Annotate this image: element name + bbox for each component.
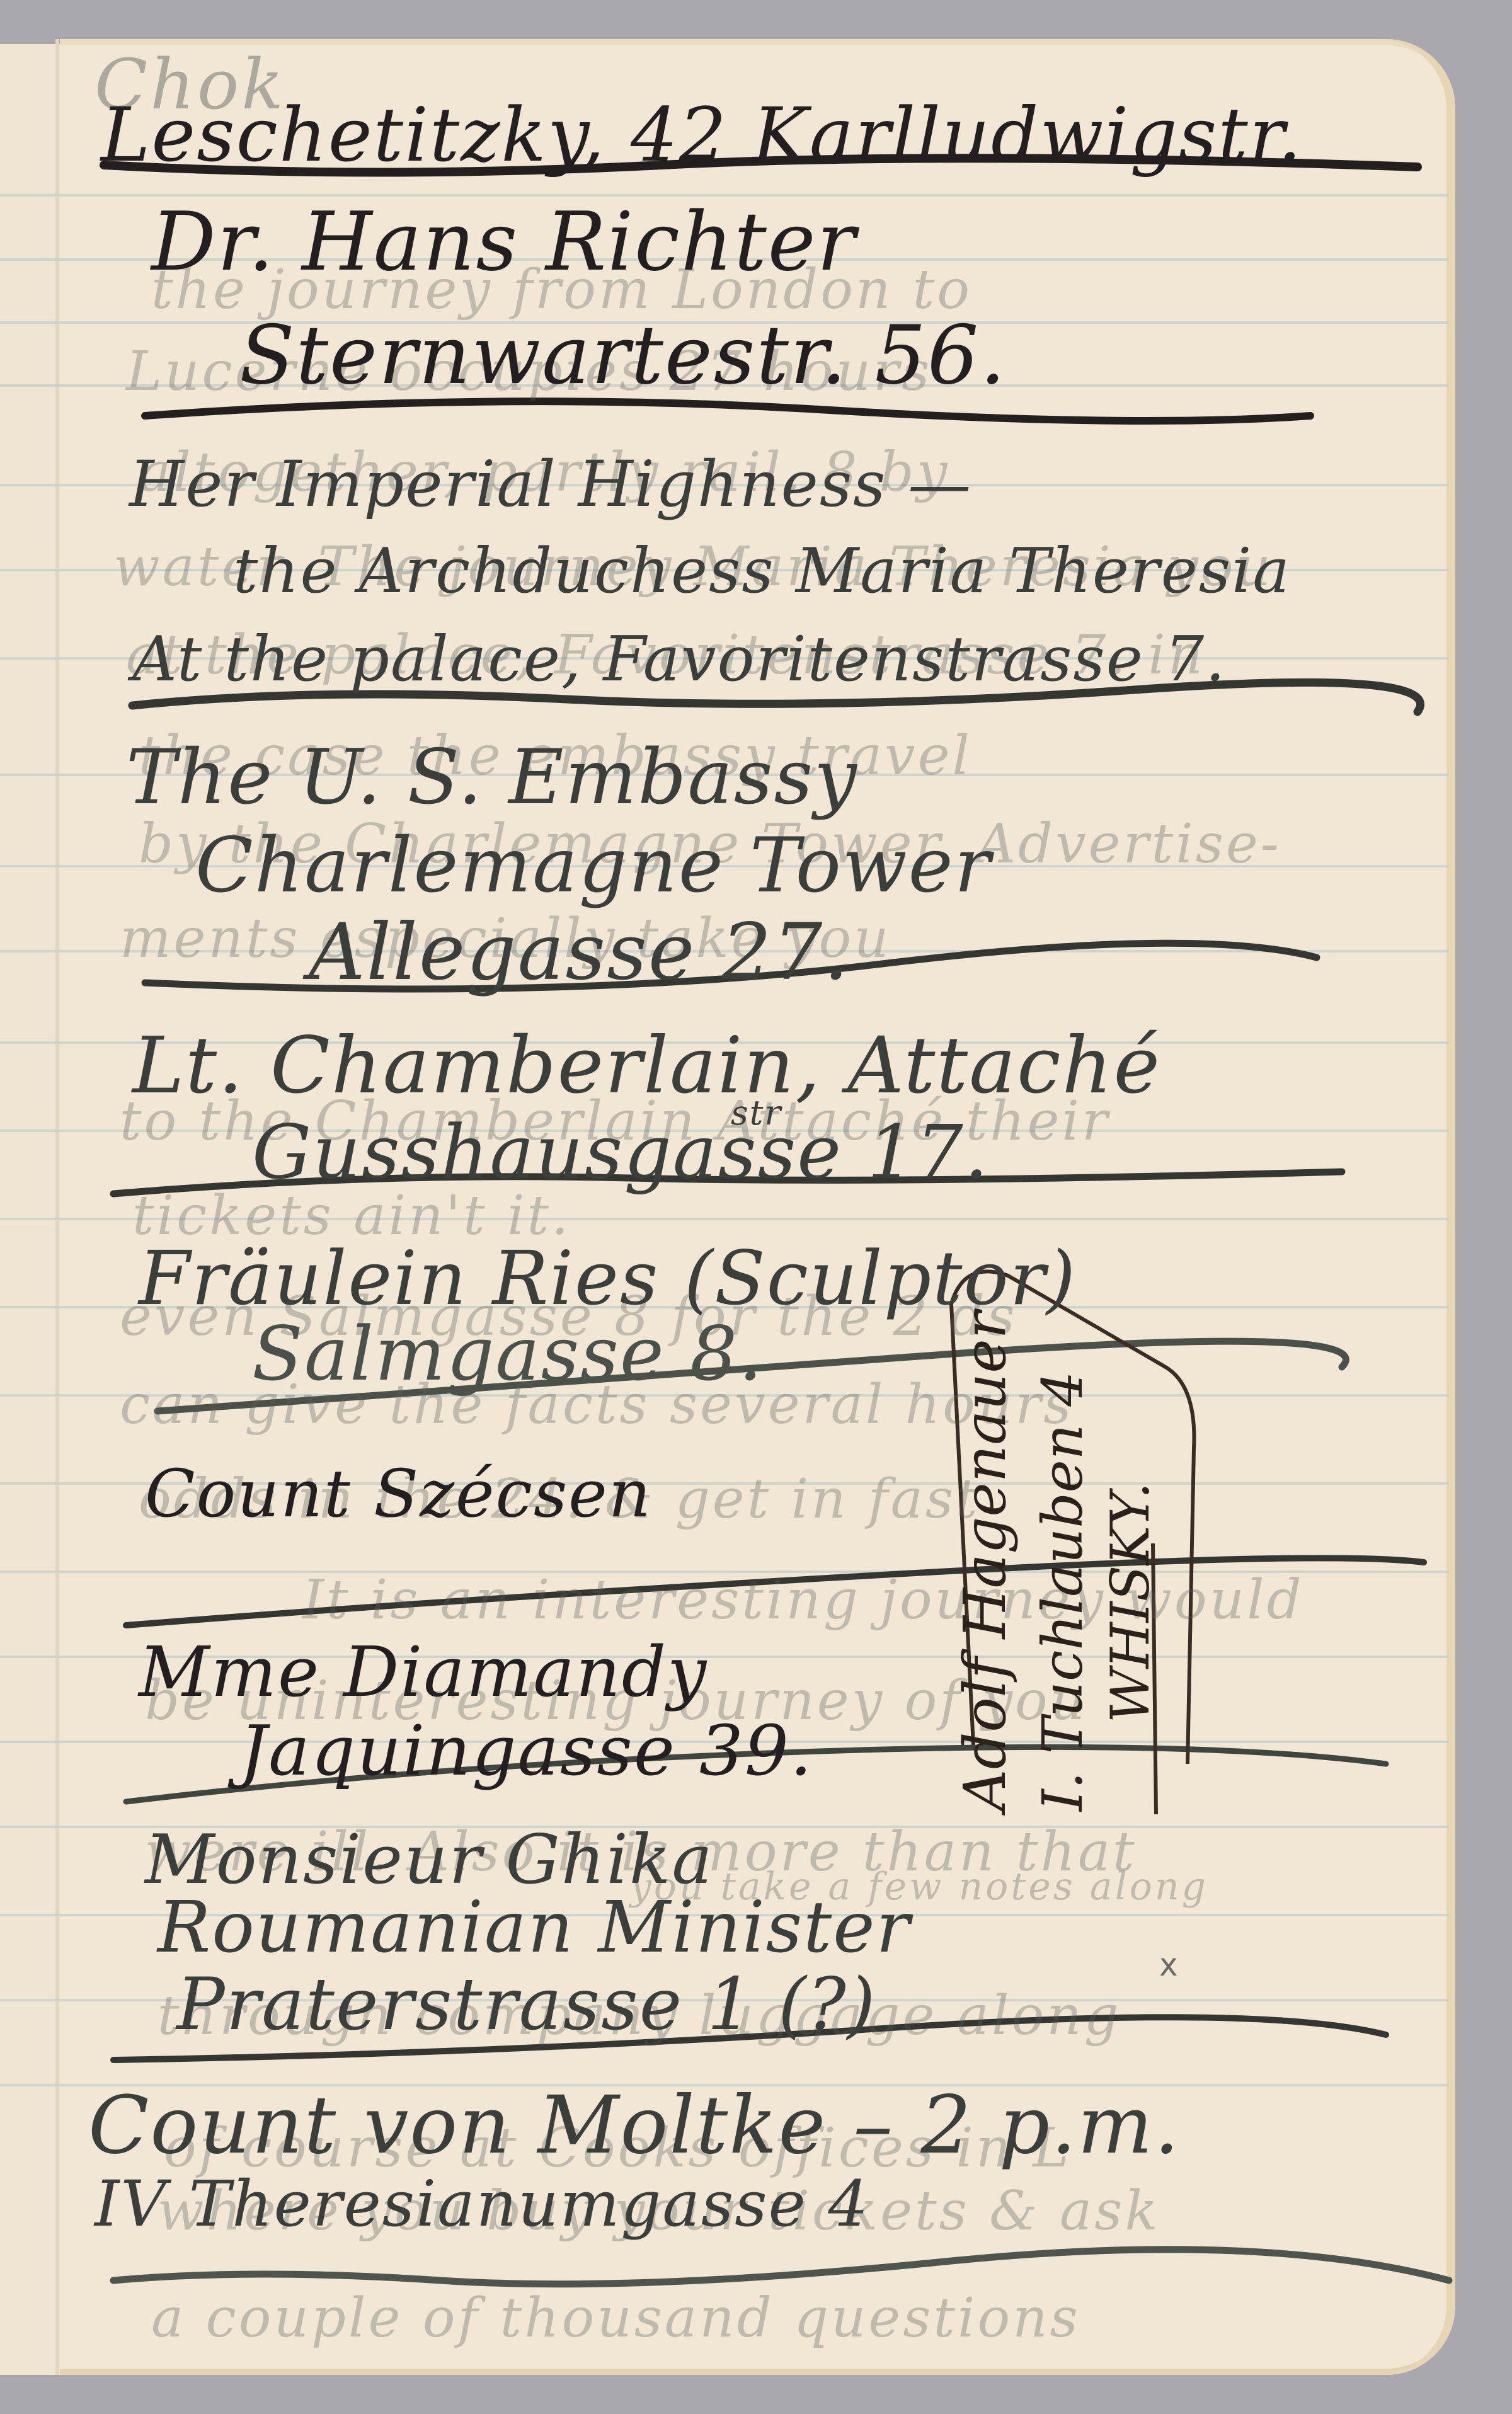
entry-line: Lt. Chamberlain, Attaché (132, 1021, 1161, 1111)
entry-line: Fräulein Ries (Sculptor) (139, 1235, 1077, 1322)
entry-line: IV Theresianumgasse 4 (94, 2167, 869, 2241)
entry-line: Salmgasse 8. (252, 1310, 764, 1397)
entry-line: Roumanian Minister (157, 1887, 911, 1969)
entry-line: Count Szécsen (145, 1455, 652, 1532)
entry-line: Sternwartestr. 56. (239, 309, 1007, 403)
entry-line: the Archduchess Maria Theresia (233, 535, 1291, 607)
boxed-note-line: Adolf Hagenauer (951, 1311, 1019, 1811)
entry-line: Her Imperial Highness — (129, 447, 972, 521)
boxed-note-hagenauer: Adolf Hagenauer I. Tuchlauben 4 WHISKY. (945, 1288, 1191, 1817)
entry-line: Mme Diamandy (139, 1632, 707, 1712)
street-name: Gusshausgasse 17. (252, 1109, 989, 1196)
entry-line: Count von Moltke – 2 p.m. (88, 2079, 1181, 2171)
entry-line: Dr. Hans Richter (151, 195, 857, 289)
entry-line: Leschetitzky, 42 Karlludwigstr. (101, 91, 1303, 178)
entry-line: Jaquingasse 39. (239, 1710, 813, 1791)
margin-x-mark: x (1159, 1947, 1178, 1983)
entry-line: Charlemagne Tower (195, 822, 992, 910)
entry-line: Gusshausgasse 17. (252, 1109, 989, 1196)
entry-line: The U. S. Embassy (126, 734, 858, 821)
boxed-note-line: WHISKY. (1099, 1482, 1161, 1723)
superscript-str: str (731, 1093, 782, 1133)
entry-line: At the palace, Favoritenstrasse 7. (132, 624, 1226, 695)
pencil-line: a couple of thousand questions (151, 2287, 1080, 2350)
entry-line: Allegasse 27. (309, 907, 850, 998)
entry-line: Praterstrasse 1 (?) (176, 1962, 876, 2046)
boxed-note-line: I. Tuchlauben 4 (1030, 1371, 1095, 1811)
